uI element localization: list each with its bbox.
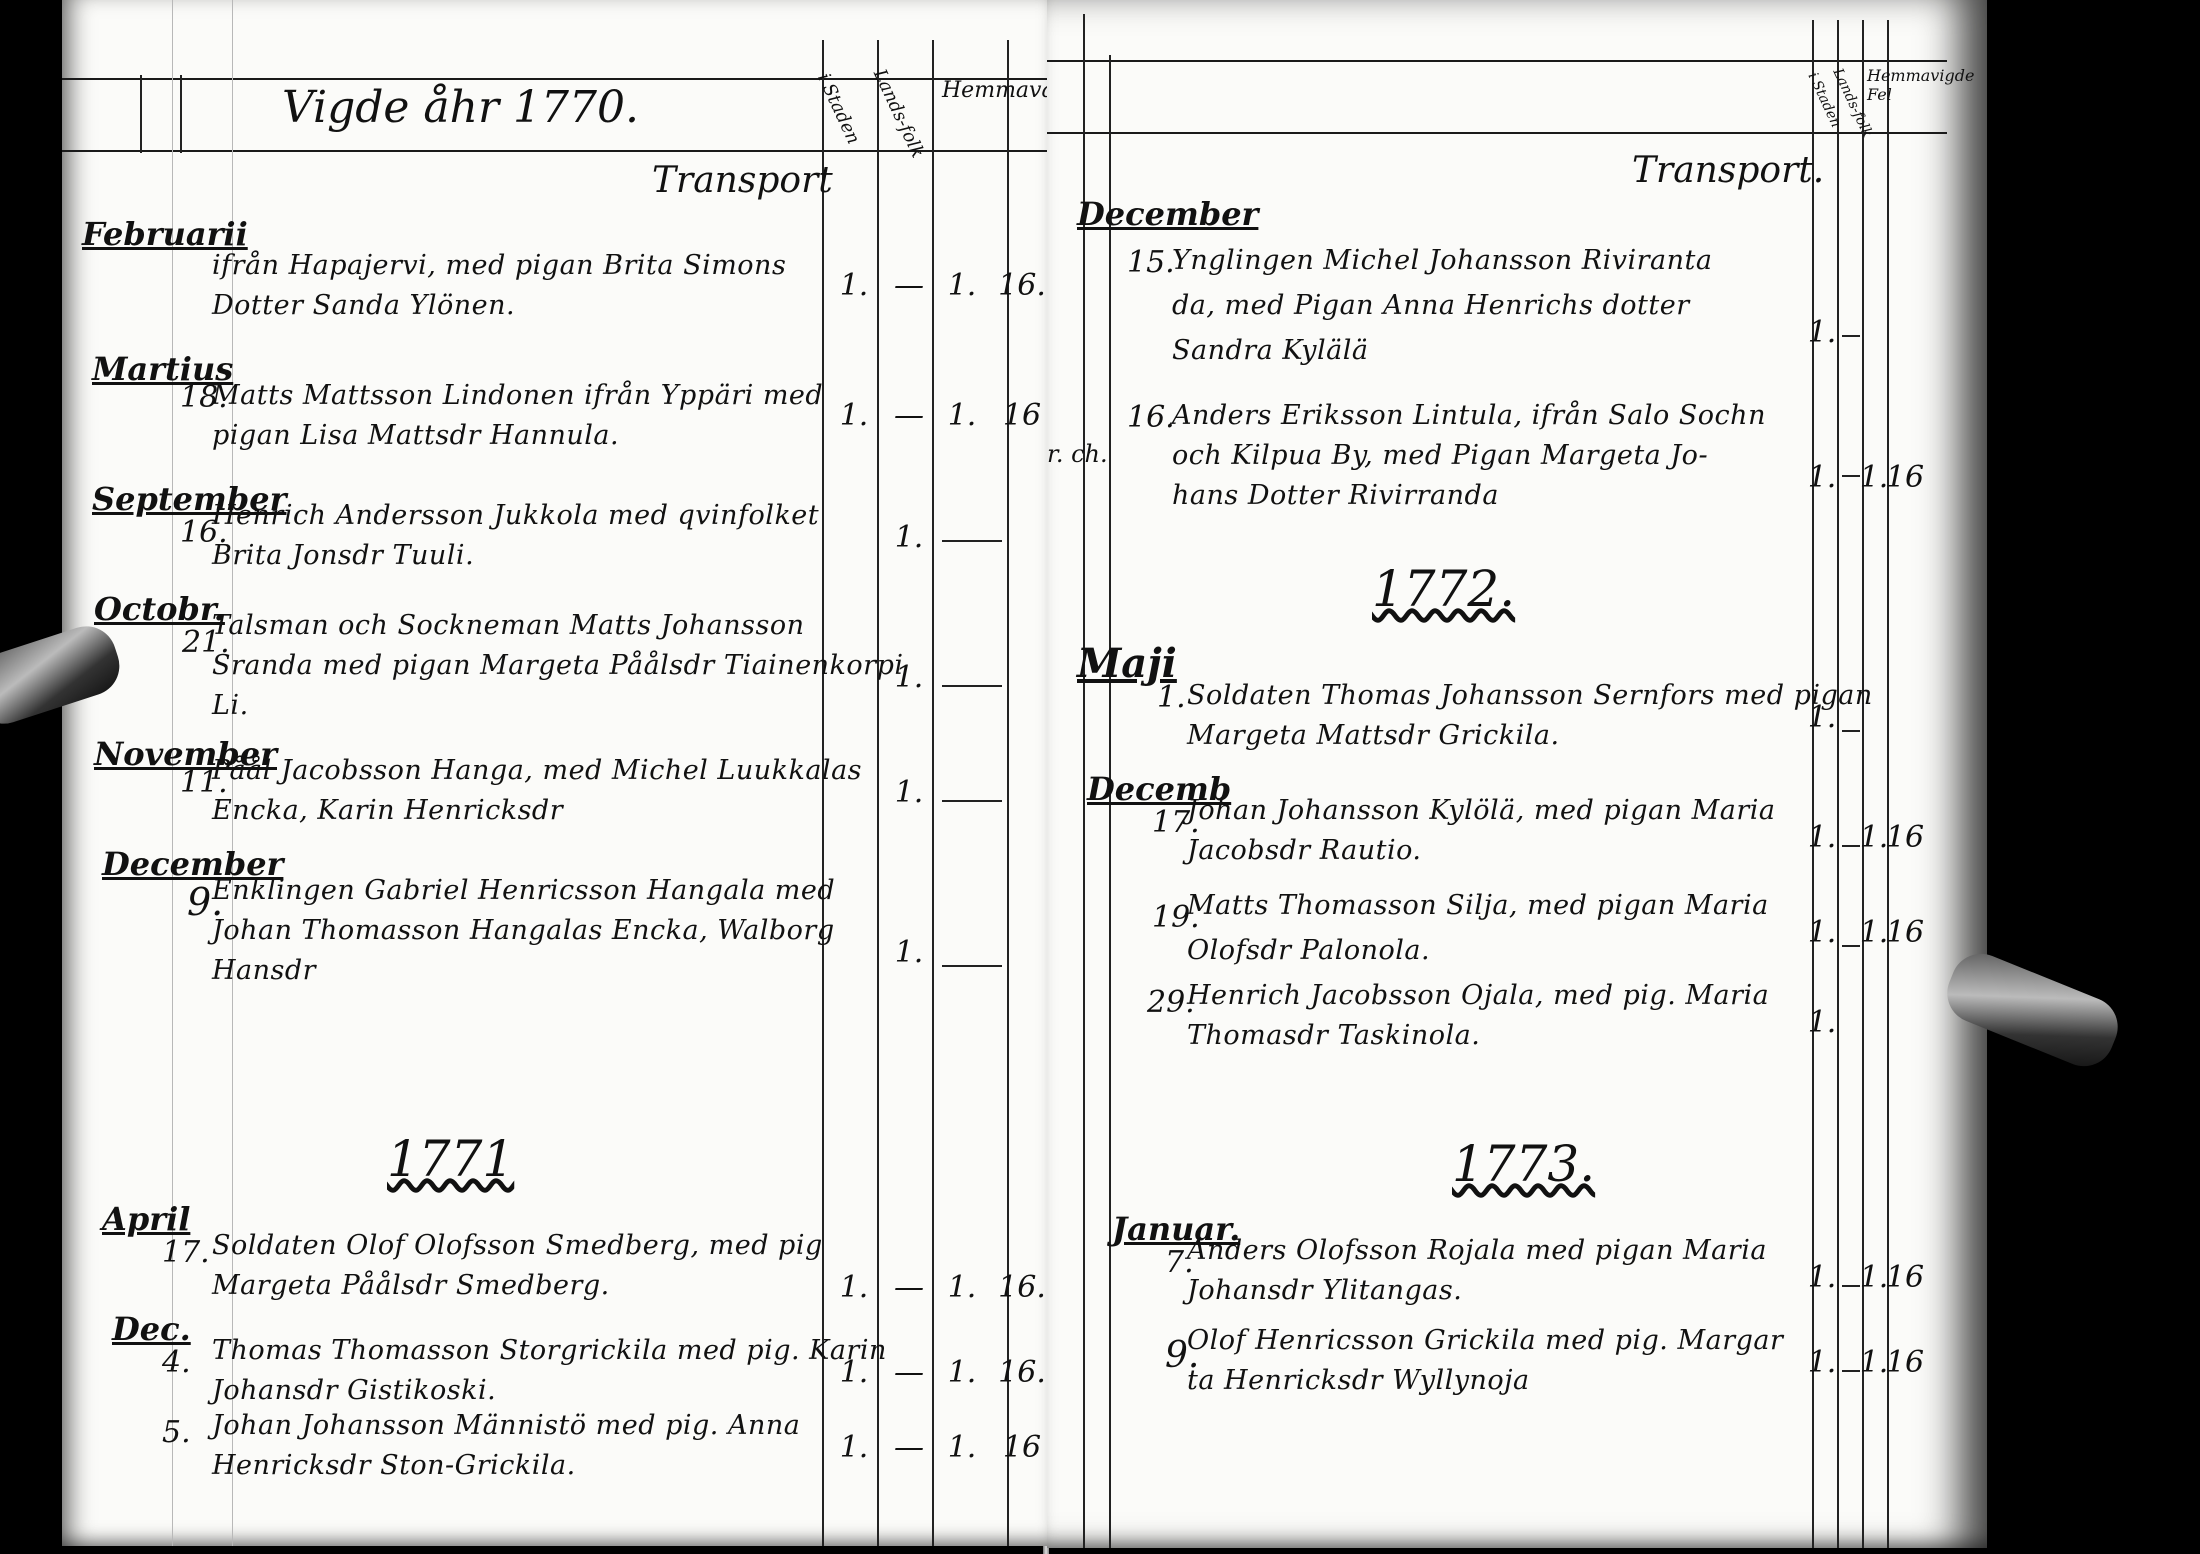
entry-line: Henrich Jacobsson Ojala, med pig. Maria — [1187, 980, 1769, 1011]
count-cell: 1. — [1807, 700, 1837, 735]
entry-line: Johan Johansson Männistö med pig. Anna — [212, 1410, 800, 1441]
count-cell: 1. — [942, 398, 982, 433]
column-header: Hemmavarig Fel — [942, 78, 1047, 103]
entry-day: 15. — [1127, 245, 1175, 280]
entry-line: hans Dotter Rivirranda — [1172, 480, 1499, 511]
count-cell: 1. — [1807, 820, 1837, 855]
count-cell: 16 — [997, 398, 1047, 433]
count-cell: — — [889, 1430, 929, 1465]
dash — [1842, 1285, 1860, 1287]
count-cell: 1. — [1807, 1005, 1837, 1040]
entry-day: 17. — [162, 1235, 210, 1270]
count-cell: 1. — [889, 520, 929, 555]
entry-line: Enklingen Gabriel Henricsson Hangala med — [212, 875, 835, 906]
entry-line: och Kilpua By, med Pigan Margeta Jo- — [1172, 440, 1708, 471]
count-cell: — — [889, 1355, 929, 1390]
year-heading: 1771 — [387, 1130, 514, 1188]
month-label: Dec. — [112, 1310, 191, 1348]
year-heading: 1772. — [1372, 560, 1515, 618]
col-rule-2 — [1837, 20, 1839, 1548]
entry-line: Anders Eriksson Lintula, ifrån Salo Soch… — [1172, 400, 1766, 431]
entry-line: ta Henricksdr Wyllynoja — [1187, 1365, 1530, 1396]
entry-day: 1. — [1157, 680, 1186, 715]
entry-line: Olofsdr Palonola. — [1187, 935, 1430, 966]
count-cell: 1. — [942, 268, 982, 303]
month-label: Octobr. — [94, 590, 225, 628]
entry-line: Encka, Karin Henricksdr — [212, 795, 563, 826]
entry-line: Margeta Mattsdr Grickila. — [1187, 720, 1560, 751]
entry-line: Anders Olofsson Rojala med pigan Maria — [1187, 1235, 1767, 1266]
col-rule-4 — [1007, 40, 1009, 1546]
count-cell: 1. — [942, 1430, 982, 1465]
rule — [180, 75, 182, 153]
entry-line: Matts Thomasson Silja, med pigan Maria — [1187, 890, 1769, 921]
entry-line: Dotter Sanda Ylönen. — [212, 290, 515, 321]
entry-line: da, med Pigan Anna Henrichs dotter — [1172, 290, 1690, 321]
column-header: i Staden — [813, 70, 864, 147]
count-cell: — — [889, 398, 929, 433]
year-heading: 1773. — [1452, 1135, 1595, 1193]
count-cell: 16. — [997, 1270, 1047, 1305]
dash — [1842, 335, 1860, 337]
page-title: Vigde åhr 1770. — [282, 82, 639, 133]
count-cell: 16 — [1885, 460, 1925, 495]
count-cell: — — [889, 1270, 929, 1305]
count-cell: 1. — [834, 398, 874, 433]
entry-line: Sranda med pigan Margeta Påålsdr Tiainen… — [212, 650, 904, 681]
entry-line: Johan Thomasson Hangalas Encka, Walborg — [212, 915, 835, 946]
count-cell: 1. — [1807, 1260, 1837, 1295]
entry-day: 16. — [1127, 400, 1175, 435]
count-cell: — — [889, 268, 929, 303]
right-page: i Staden Lands-folk Hemmavigde Fel Trans… — [1047, 0, 1987, 1548]
entry-line: Johansdr Ylitangas. — [1187, 1275, 1462, 1306]
entry-line: Margeta Påålsdr Smedberg. — [212, 1270, 610, 1301]
left-page: i Staden Lands-folk Hemmavarig Fel Vigde… — [62, 0, 1047, 1546]
dash — [1842, 845, 1860, 847]
dash — [1842, 730, 1860, 732]
column-header: Hemmavigde Fel — [1867, 66, 1937, 104]
dash — [1842, 475, 1860, 477]
count-cell: 16. — [997, 1355, 1047, 1390]
entry-line: Johan Johansson Kylölä, med pigan Maria — [1187, 795, 1776, 826]
count-cell: 1. — [1807, 460, 1837, 495]
count-cell: 1. — [1807, 1345, 1837, 1380]
count-cell: 16 — [1885, 820, 1925, 855]
margin-note: r. ch. — [1047, 440, 1108, 468]
rule — [140, 75, 142, 153]
entry-line: Thomas Thomasson Storgrickila med pig. K… — [212, 1335, 887, 1366]
count-cell: 16 — [997, 1430, 1047, 1465]
count-cell: 16 — [1885, 915, 1925, 950]
transport-label: Transport. — [1632, 150, 1824, 191]
entry-line: Thomasdr Taskinola. — [1187, 1020, 1480, 1051]
col-rule-4 — [1887, 20, 1889, 1548]
entry-line: Jacobsdr Rautio. — [1187, 835, 1422, 866]
entry-line: Olof Henricsson Grickila med pig. Margar — [1187, 1325, 1783, 1356]
col-rule-1 — [1812, 20, 1814, 1548]
count-cell: 1. — [1807, 315, 1837, 350]
margin-rule — [1083, 14, 1085, 1548]
entry-line: Henrich Andersson Jukkola med qvinfolket — [212, 500, 819, 531]
col-rule-1 — [822, 40, 824, 1546]
entry-line: Påål Jacobsson Hanga, med Michel Luukkal… — [212, 755, 862, 786]
month-label: Februarii — [82, 215, 248, 253]
count-cell: 1. — [834, 1430, 874, 1465]
entry-day: 4. — [162, 1345, 191, 1380]
dash — [942, 800, 1002, 802]
count-cell: 1. — [889, 935, 929, 970]
entry-line: Talsman och Sockneman Matts Johansson — [212, 610, 805, 641]
entry-line: Brita Jonsdr Tuuli. — [212, 540, 474, 571]
count-cell: 1. — [1807, 915, 1837, 950]
header-bottom-rule — [62, 150, 1047, 152]
count-cell: 1. — [834, 268, 874, 303]
month-label: April — [102, 1200, 190, 1238]
entry-line: Li. — [212, 690, 249, 721]
header-top-rule — [62, 78, 1047, 80]
count-cell: 16 — [1885, 1345, 1925, 1380]
entry-line: ifrån Hapajervi, med pigan Brita Simons — [212, 250, 786, 281]
entry-line: Henricksdr Ston-Grickila. — [212, 1450, 576, 1481]
col-rule-3 — [932, 40, 934, 1546]
entry-line: Ynglingen Michel Johansson Riviranta — [1172, 245, 1712, 276]
count-cell: 1. — [942, 1270, 982, 1305]
count-cell: 16 — [1885, 1260, 1925, 1295]
count-cell: 1. — [834, 1270, 874, 1305]
transport-label: Transport — [652, 160, 833, 201]
dash — [942, 965, 1002, 967]
col-rule-3 — [1862, 20, 1864, 1548]
entry-line: Soldaten Olof Olofsson Smedberg, med pig — [212, 1230, 823, 1261]
entry-line: Hansdr — [212, 955, 316, 986]
count-cell: 16. — [997, 268, 1047, 303]
entry-line: pigan Lisa Mattsdr Hannula. — [212, 420, 619, 451]
entry-day: 5. — [162, 1415, 191, 1450]
count-cell: 1. — [834, 1355, 874, 1390]
entry-line: Johansdr Gistikoski. — [212, 1375, 496, 1406]
entry-line: Matts Mattsson Lindonen ifrån Yppäri med — [212, 380, 823, 411]
dash — [942, 685, 1002, 687]
month-label: December — [1077, 195, 1258, 233]
entry-line: Sandra Kylälä — [1172, 335, 1369, 366]
col-rule-2 — [877, 40, 879, 1546]
count-cell: 1. — [889, 660, 929, 695]
dash — [1842, 945, 1860, 947]
dash — [1842, 1370, 1860, 1372]
count-cell: 1. — [889, 775, 929, 810]
entry-line: Soldaten Thomas Johansson Sernfors med p… — [1187, 680, 1873, 711]
dash — [942, 540, 1002, 542]
count-cell: 1. — [942, 1355, 982, 1390]
